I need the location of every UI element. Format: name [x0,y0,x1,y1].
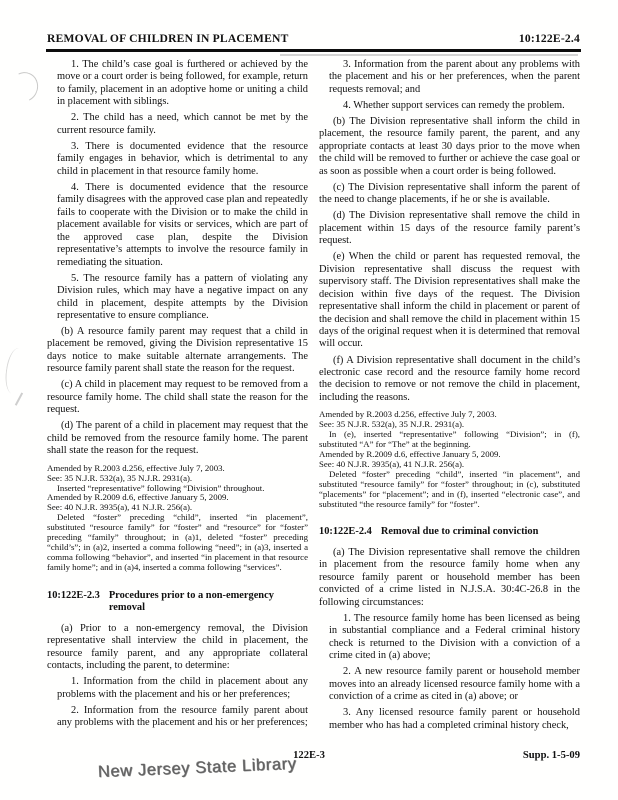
section-number: 10:122E-2.3 [47,590,100,615]
paragraph: (f) A Division representative shall docu… [319,355,580,405]
list-item: 3. Information from the parent about any… [329,59,580,96]
paragraph: (e) When the child or parent has request… [319,251,580,351]
list-item: 1. Information from the child in placeme… [57,676,308,701]
list-item: 3. There is documented evidence that the… [57,141,308,178]
paragraph: (d) The Division representative shall re… [319,210,580,247]
paragraph: (a) The Division representative shall re… [319,547,580,609]
history-note: Amended by R.2003 d.256, effective July … [319,410,580,509]
paragraph: (c) A child in placement may request to … [47,379,308,416]
supplement-date: Supp. 1-5-09 [523,750,580,761]
list-item: 5. The resource family has a pattern of … [57,273,308,323]
history-line: In (e), inserted “representative” follow… [319,430,580,450]
section-title: Removal due to criminal conviction [381,526,580,539]
text-columns: 1. The child’s case goal is furthered or… [47,59,580,732]
right-column: 3. Information from the parent about any… [319,59,580,732]
history-note: Amended by R.2003 d.256, effective July … [47,464,308,573]
paragraph: (c) The Division representative shall in… [319,182,580,207]
running-title: REMOVAL OF CHILDREN IN PLACEMENT [47,32,289,45]
page-header: REMOVAL OF CHILDREN IN PLACEMENT 10:122E… [47,32,580,45]
scan-artifact-arc [6,68,43,106]
list-item: 3. Any licensed resource family parent o… [329,707,580,732]
list-item: 4. There is documented evidence that the… [57,182,308,269]
section-code: 10:122E-2.4 [519,32,580,45]
document-page: REMOVAL OF CHILDREN IN PLACEMENT 10:122E… [0,0,618,800]
paragraph: (d) The parent of a child in placement m… [47,420,308,457]
section-heading: 10:122E-2.3Procedures prior to a non-eme… [47,590,308,615]
paragraph: (b) A resource family parent may request… [47,326,308,376]
history-line: Deleted “foster” preceding “child”, inse… [47,513,308,572]
section-heading: 10:122E-2.4Removal due to criminal convi… [319,526,580,539]
scan-artifact-curve [3,347,28,395]
list-item: 2. The child has a need, which cannot be… [57,112,308,137]
list-item: 2. Information from the resource family … [57,705,308,730]
history-line: Deleted “foster” preceding “child”, inse… [319,470,580,510]
header-rule [46,49,581,52]
section-title: Procedures prior to a non-emergency remo… [109,590,308,615]
list-item: 4. Whether support services can remedy t… [329,100,580,112]
list-item: 2. A new resource family parent or house… [329,666,580,703]
paragraph: (b) The Division representative shall in… [319,116,580,178]
header-rule-smudge [280,54,578,56]
list-item: 1. The resource family home has been lic… [329,613,580,663]
section-number: 10:122E-2.4 [319,526,372,539]
left-column: 1. The child’s case goal is furthered or… [47,59,308,732]
list-item: 1. The child’s case goal is furthered or… [57,59,308,109]
paragraph: (a) Prior to a non-emergency removal, th… [47,623,308,673]
